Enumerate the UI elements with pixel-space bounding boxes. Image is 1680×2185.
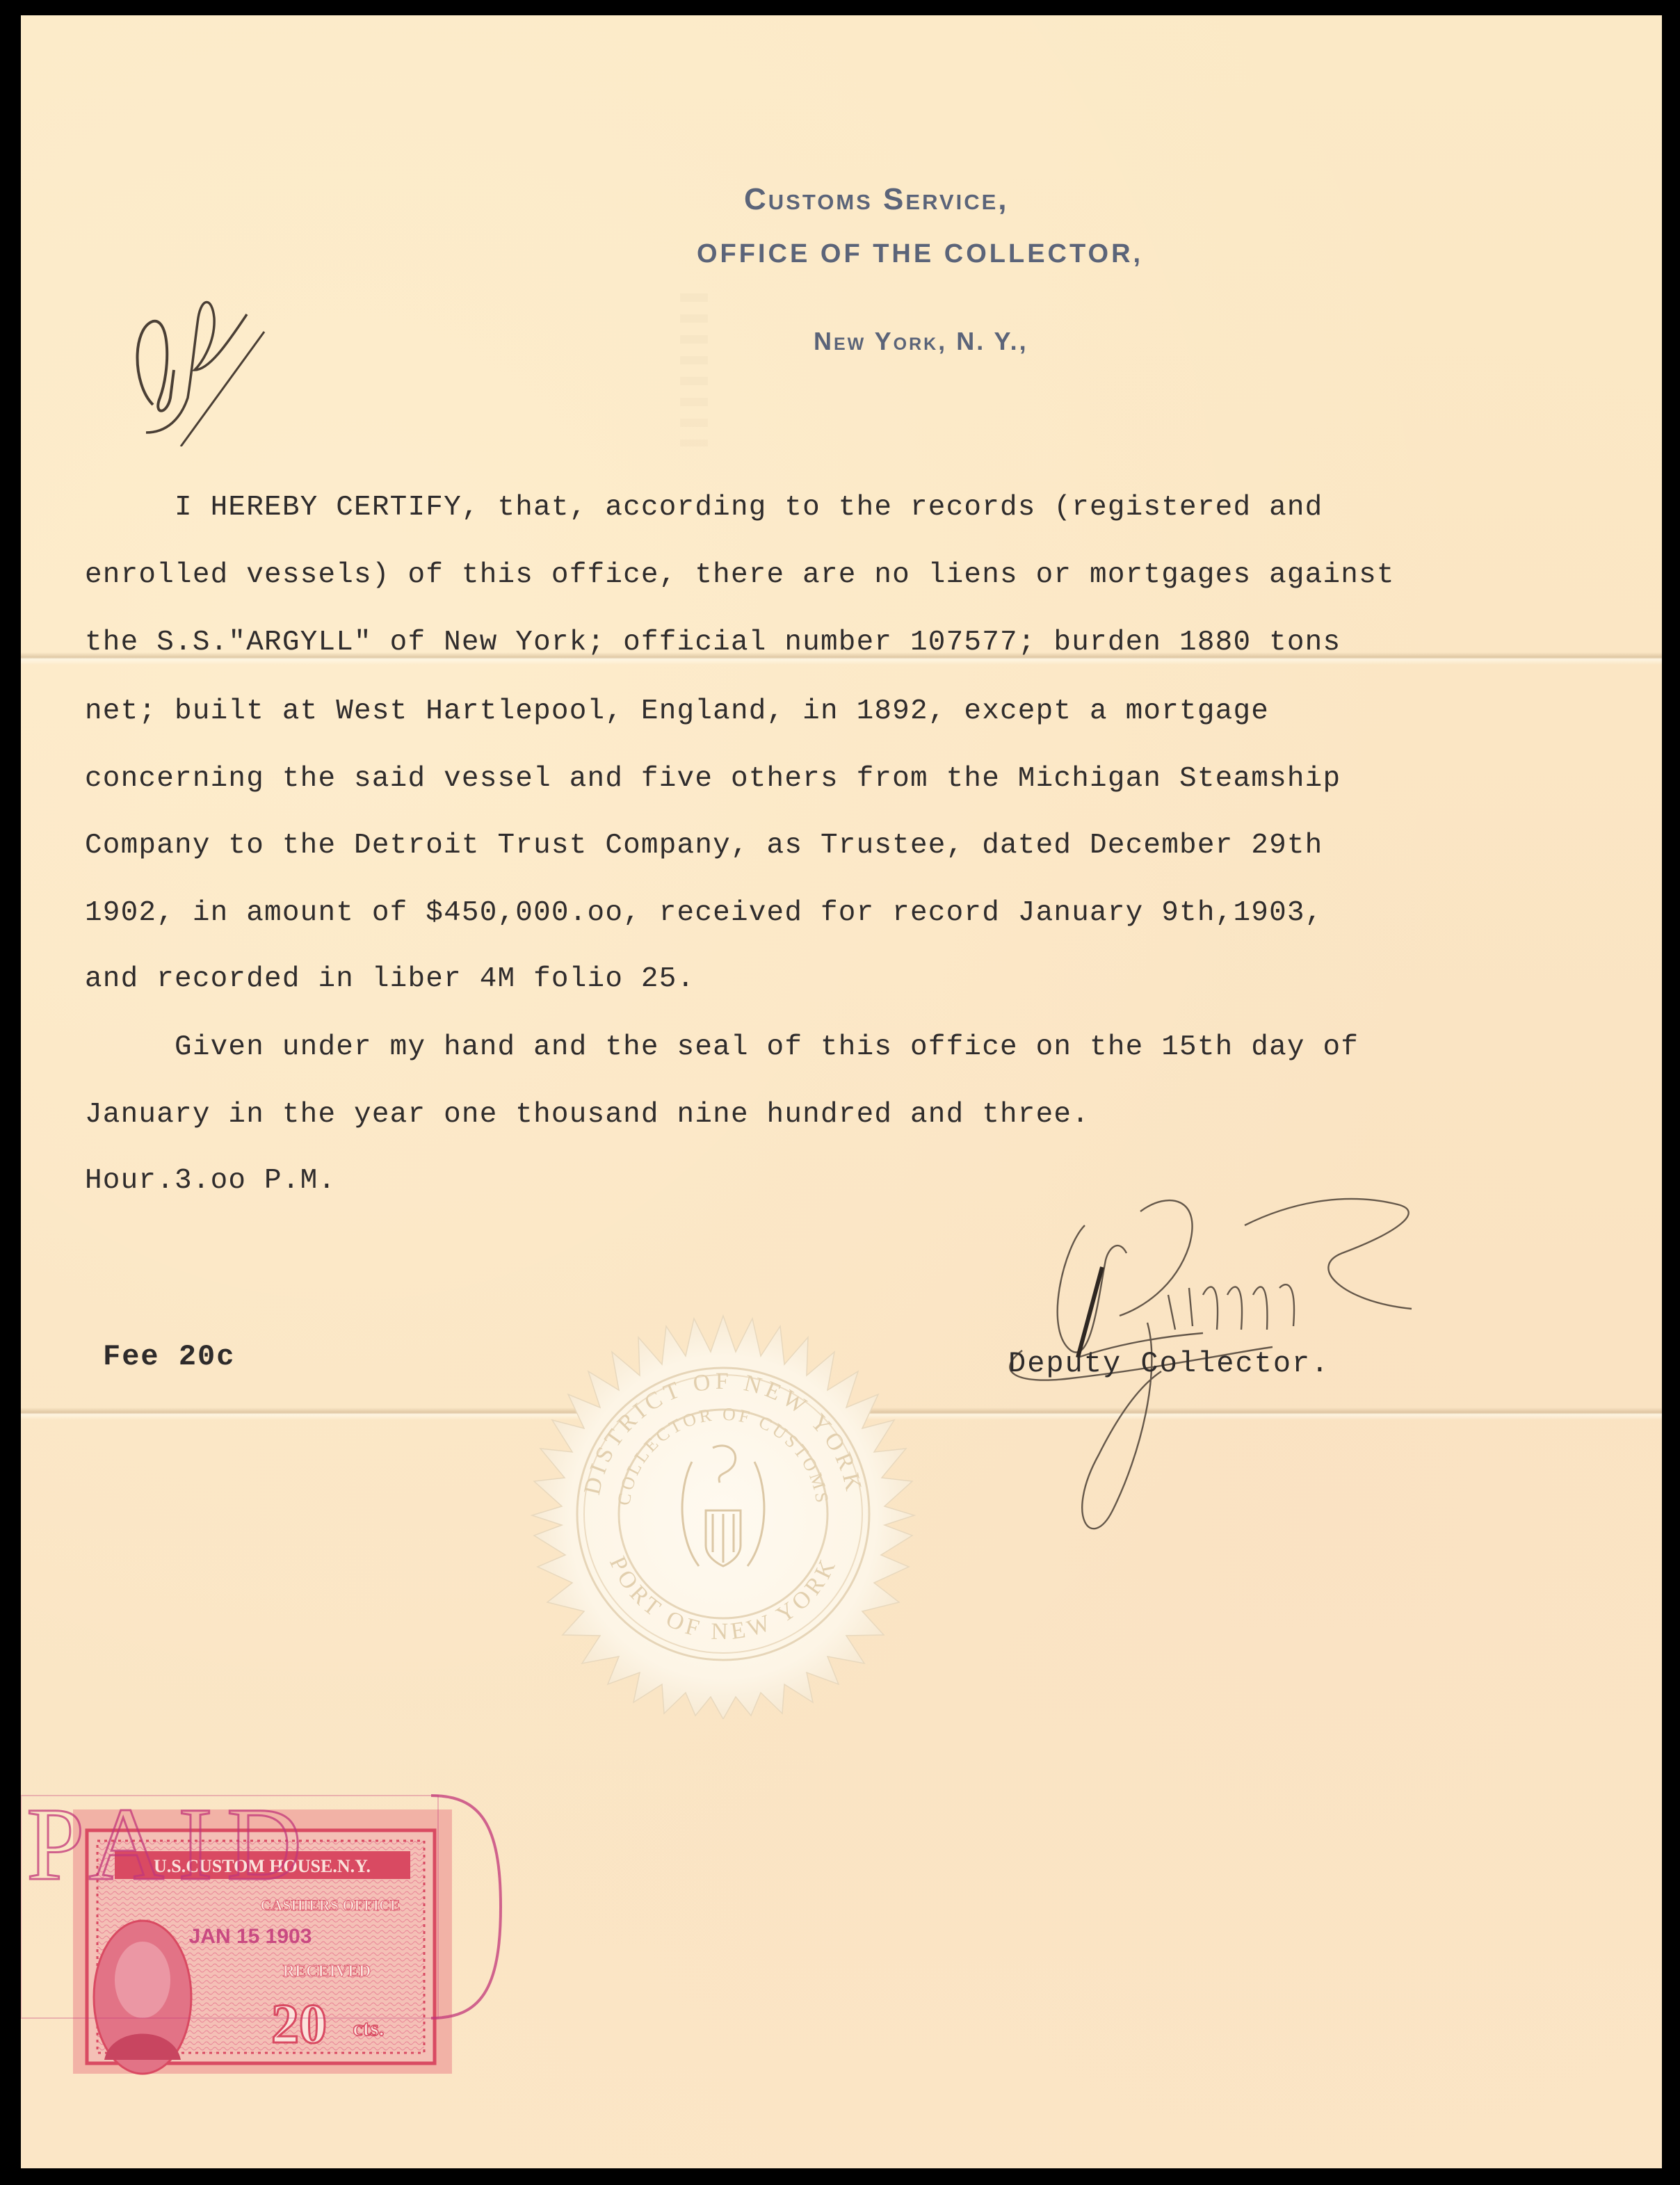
letterhead-customs-service: Customs Service, [744, 182, 1133, 217]
letterhead-location: New York, N. Y., [814, 327, 1161, 356]
customs-revenue-stamp-icon: U.S.CUSTOM HOUSE.N.Y. CASHIERS OFFICE JA… [21, 1768, 508, 2088]
letterhead-office-of-collector: OFFICE OF THE COLLECTOR, [697, 239, 1253, 269]
hour-line: Hour.3.oo P.M. [85, 1147, 336, 1215]
body-line: net; built at West Hartlepool, England, … [85, 678, 1269, 745]
body-line: Company to the Detroit Trust Company, as… [85, 812, 1323, 880]
svg-text:JAN 15 1903: JAN 15 1903 [189, 1925, 312, 1948]
deputy-collector-label: Deputy Collector. [1008, 1347, 1330, 1380]
embossed-seal-icon: DISTRICT OF NEW YORK COLLECTOR OF CUSTOM… [518, 1309, 928, 1719]
paper-watermark [680, 293, 708, 446]
body-line: enrolled vessels) of this office, there … [85, 542, 1395, 609]
body-line: concerning the said vessel and five othe… [85, 745, 1341, 813]
fee-label: Fee 20c [103, 1340, 235, 1373]
body-line: I HEREBY CERTIFY, that, according to the… [85, 474, 1323, 542]
svg-text:20: 20 [271, 1994, 327, 2055]
body-line: January in the year one thousand nine hu… [85, 1081, 1090, 1149]
handwritten-initials-icon [104, 266, 271, 446]
svg-text:PAID: PAID [26, 1787, 316, 1902]
svg-text:RECEIVED: RECEIVED [283, 1962, 371, 1981]
svg-text:cts.: cts. [353, 2015, 384, 2040]
body-line: 1902, in amount of $450,000.oo, received… [85, 880, 1323, 947]
body-line: the S.S."ARGYLL" of New York; official n… [85, 609, 1341, 677]
body-line: and recorded in liber 4M folio 25. [85, 946, 695, 1013]
document-paper: Customs Service, OFFICE OF THE COLLECTOR… [21, 15, 1662, 2168]
body-line: Given under my hand and the seal of this… [85, 1014, 1359, 1081]
